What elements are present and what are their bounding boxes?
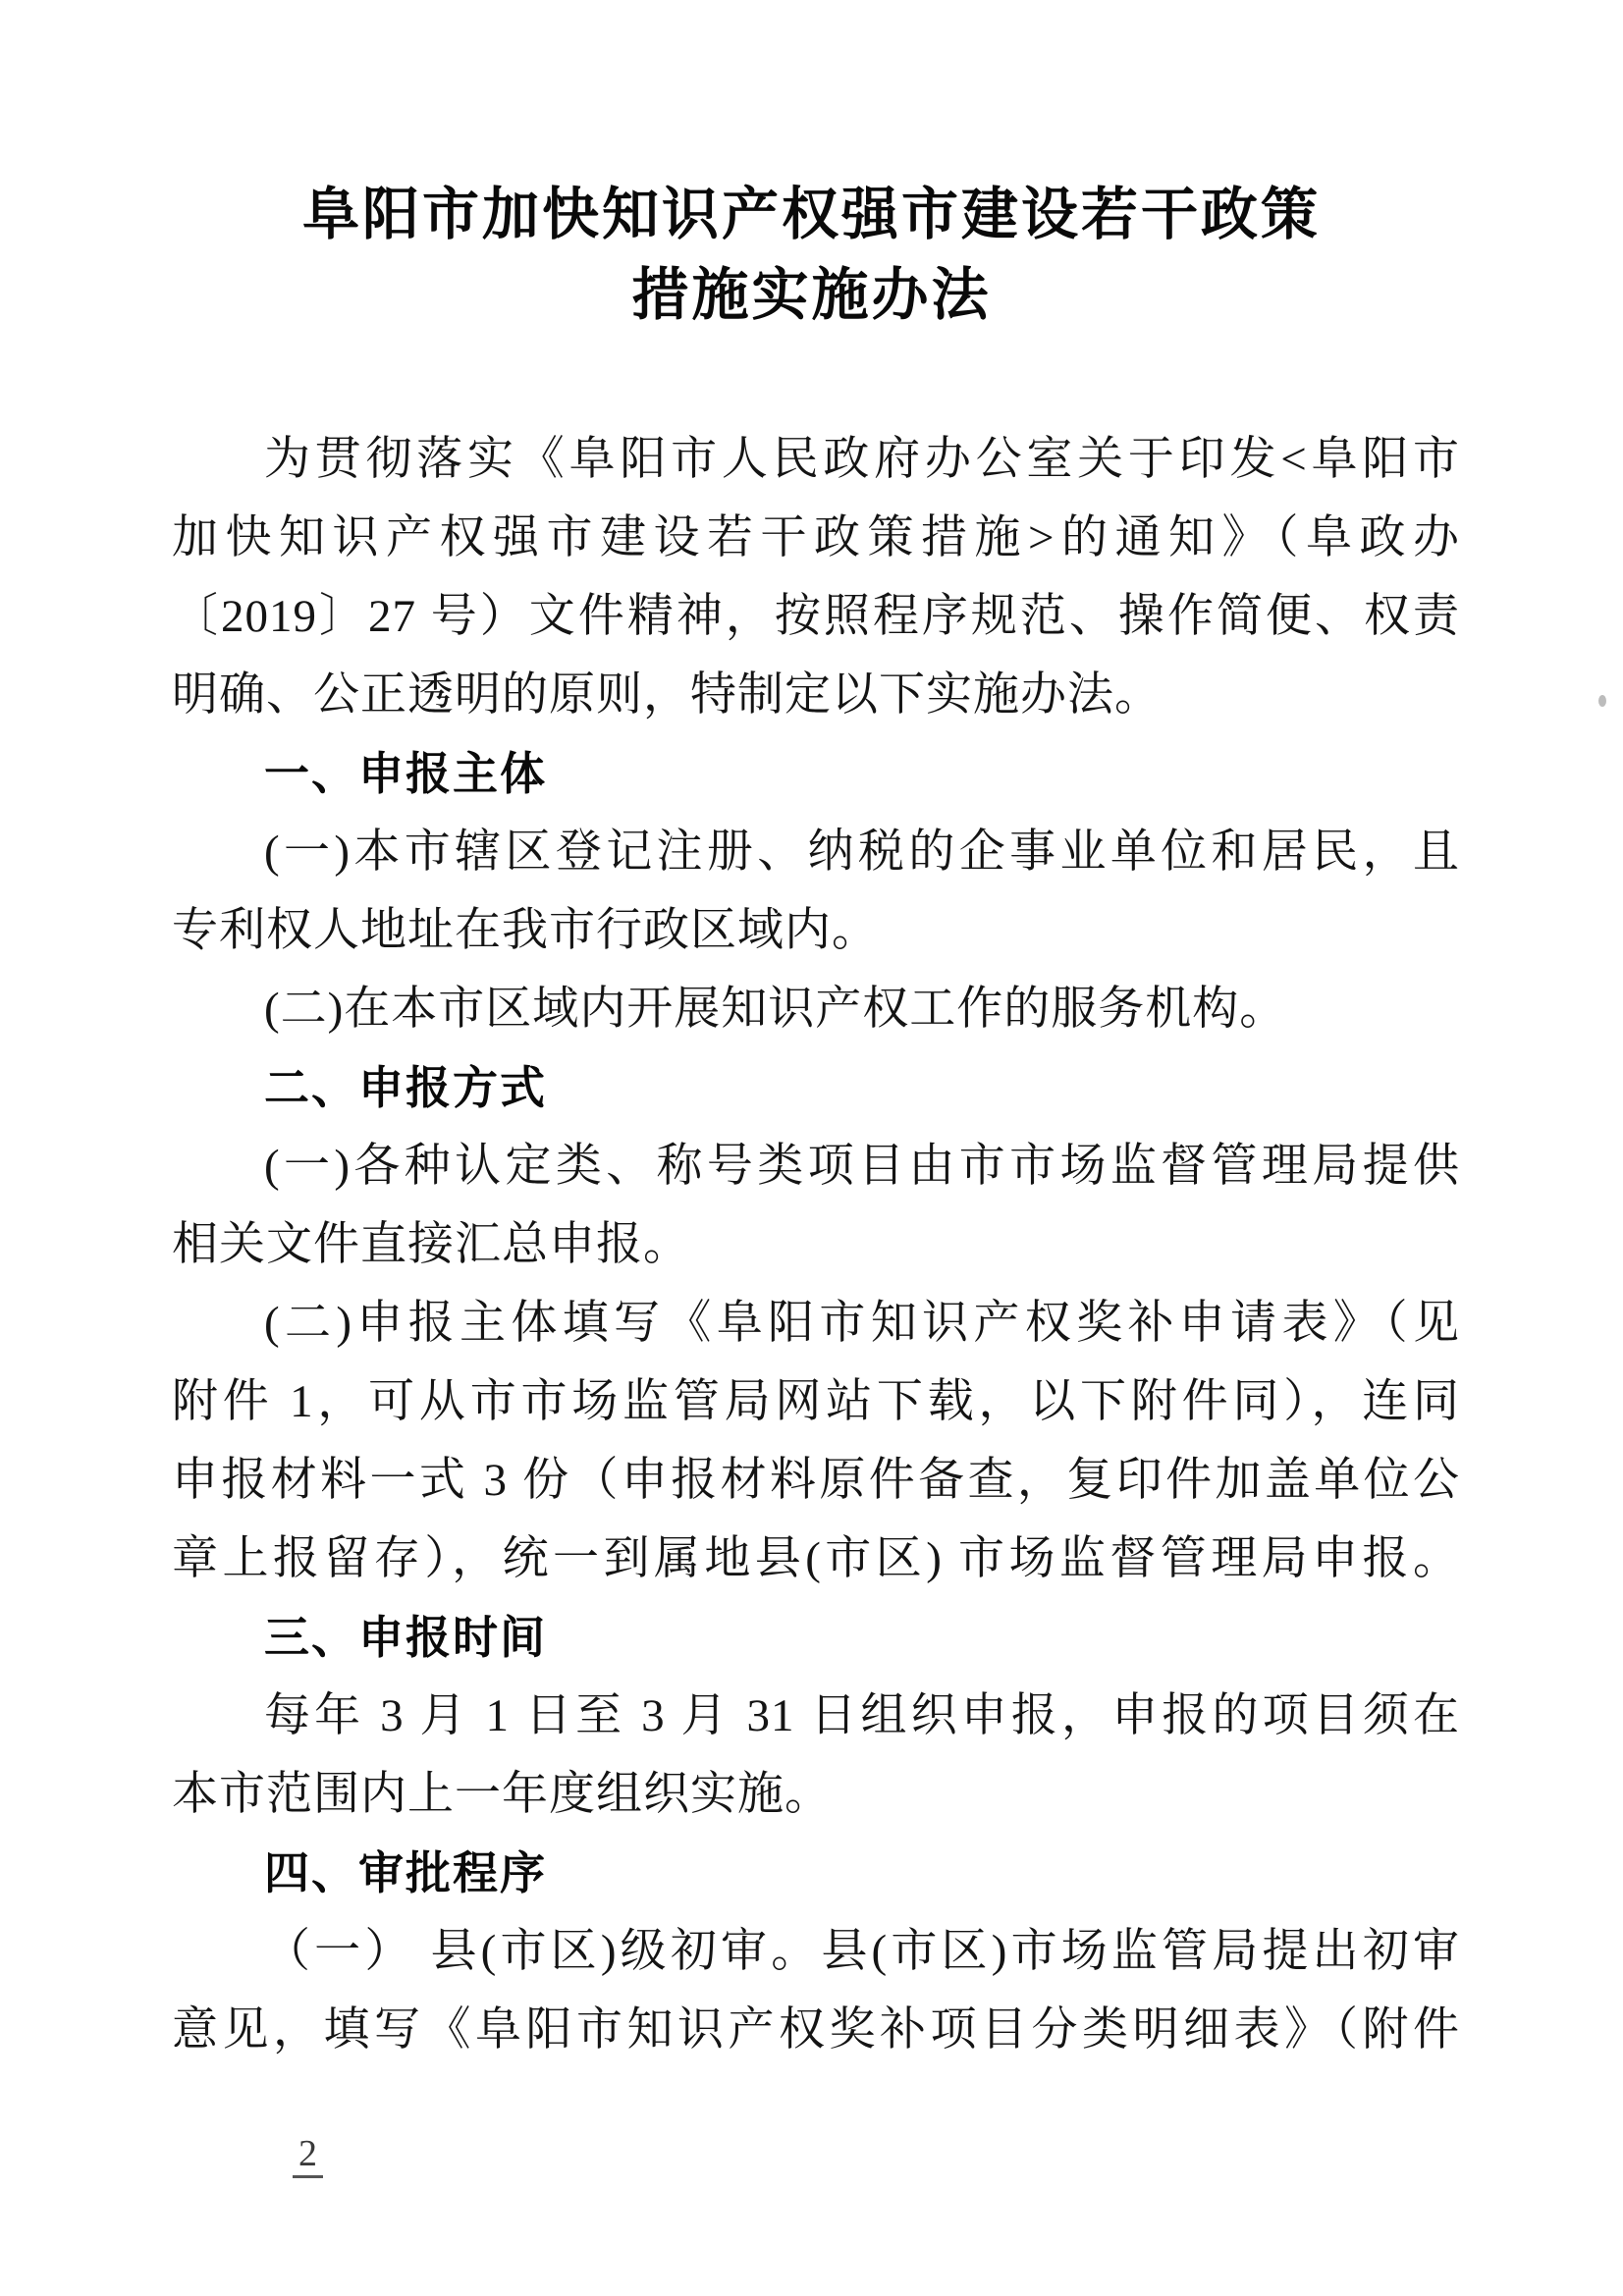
document-title: 阜阳市加快知识产权强市建设若干政策 措施实施办法 [0,175,1623,336]
section-heading: 四、审批程序 [172,1834,1460,1912]
section-heading: 三、申报时间 [172,1598,1460,1677]
text-line: 明确、公正透明的原则，特制定以下实施办法。 [172,656,1460,734]
text-line: 〔2019〕27 号）文件精神，按照程序规范、操作简便、权责 [172,577,1460,656]
text-line: 专利权人地址在我市行政区域内。 [172,891,1460,970]
section-heading: 一、申报主体 [172,734,1460,813]
text-line: 本市范围内上一年度组织实施。 [172,1755,1460,1834]
document-page: 阜阳市加快知识产权强市建设若干政策 措施实施办法 为贯彻落实《阜阳市人民政府办公… [0,0,1623,2296]
section-heading: 二、申报方式 [172,1048,1460,1127]
text-line: （一） 县(市区)级初审。县(市区)市场监管局提出初审 [172,1912,1460,1991]
text-line: (一)本市辖区登记注册、纳税的企事业单位和居民，且 [172,813,1460,891]
text-line: 章上报留存），统一到属地县(市区) 市场监督管理局申报。 [172,1520,1460,1598]
text-line: 意见，填写《阜阳市知识产权奖补项目分类明细表》（附件 [172,1991,1460,2069]
text-line: 申报材料一式 3 份（申报材料原件备查，复印件加盖单位公 [172,1441,1460,1520]
text-line: (二)在本市区域内开展知识产权工作的服务机构。 [172,970,1460,1048]
text-line: 附件 1，可从市市场监管局网站下载，以下附件同），连同 [172,1362,1460,1441]
text-line: 相关文件直接汇总申报。 [172,1205,1460,1284]
text-line: 每年 3 月 1 日至 3 月 31 日组织申报，申报的项目须在 [172,1677,1460,1755]
page-number: 2 [293,2132,323,2178]
title-line-2: 措施实施办法 [0,255,1623,336]
scan-artifact [1598,695,1606,707]
text-line: 加快知识产权强市建设若干政策措施>的通知》（阜政办 [172,499,1460,577]
text-line: (二)申报主体填写《阜阳市知识产权奖补申请表》（见 [172,1284,1460,1362]
text-line: (一)各种认定类、称号类项目由市市场监督管理局提供 [172,1127,1460,1205]
document-body: 为贯彻落实《阜阳市人民政府办公室关于印发<阜阳市加快知识产权强市建设若干政策措施… [172,420,1460,2069]
title-line-1: 阜阳市加快知识产权强市建设若干政策 [0,175,1623,255]
text-line: 为贯彻落实《阜阳市人民政府办公室关于印发<阜阳市 [172,420,1460,499]
